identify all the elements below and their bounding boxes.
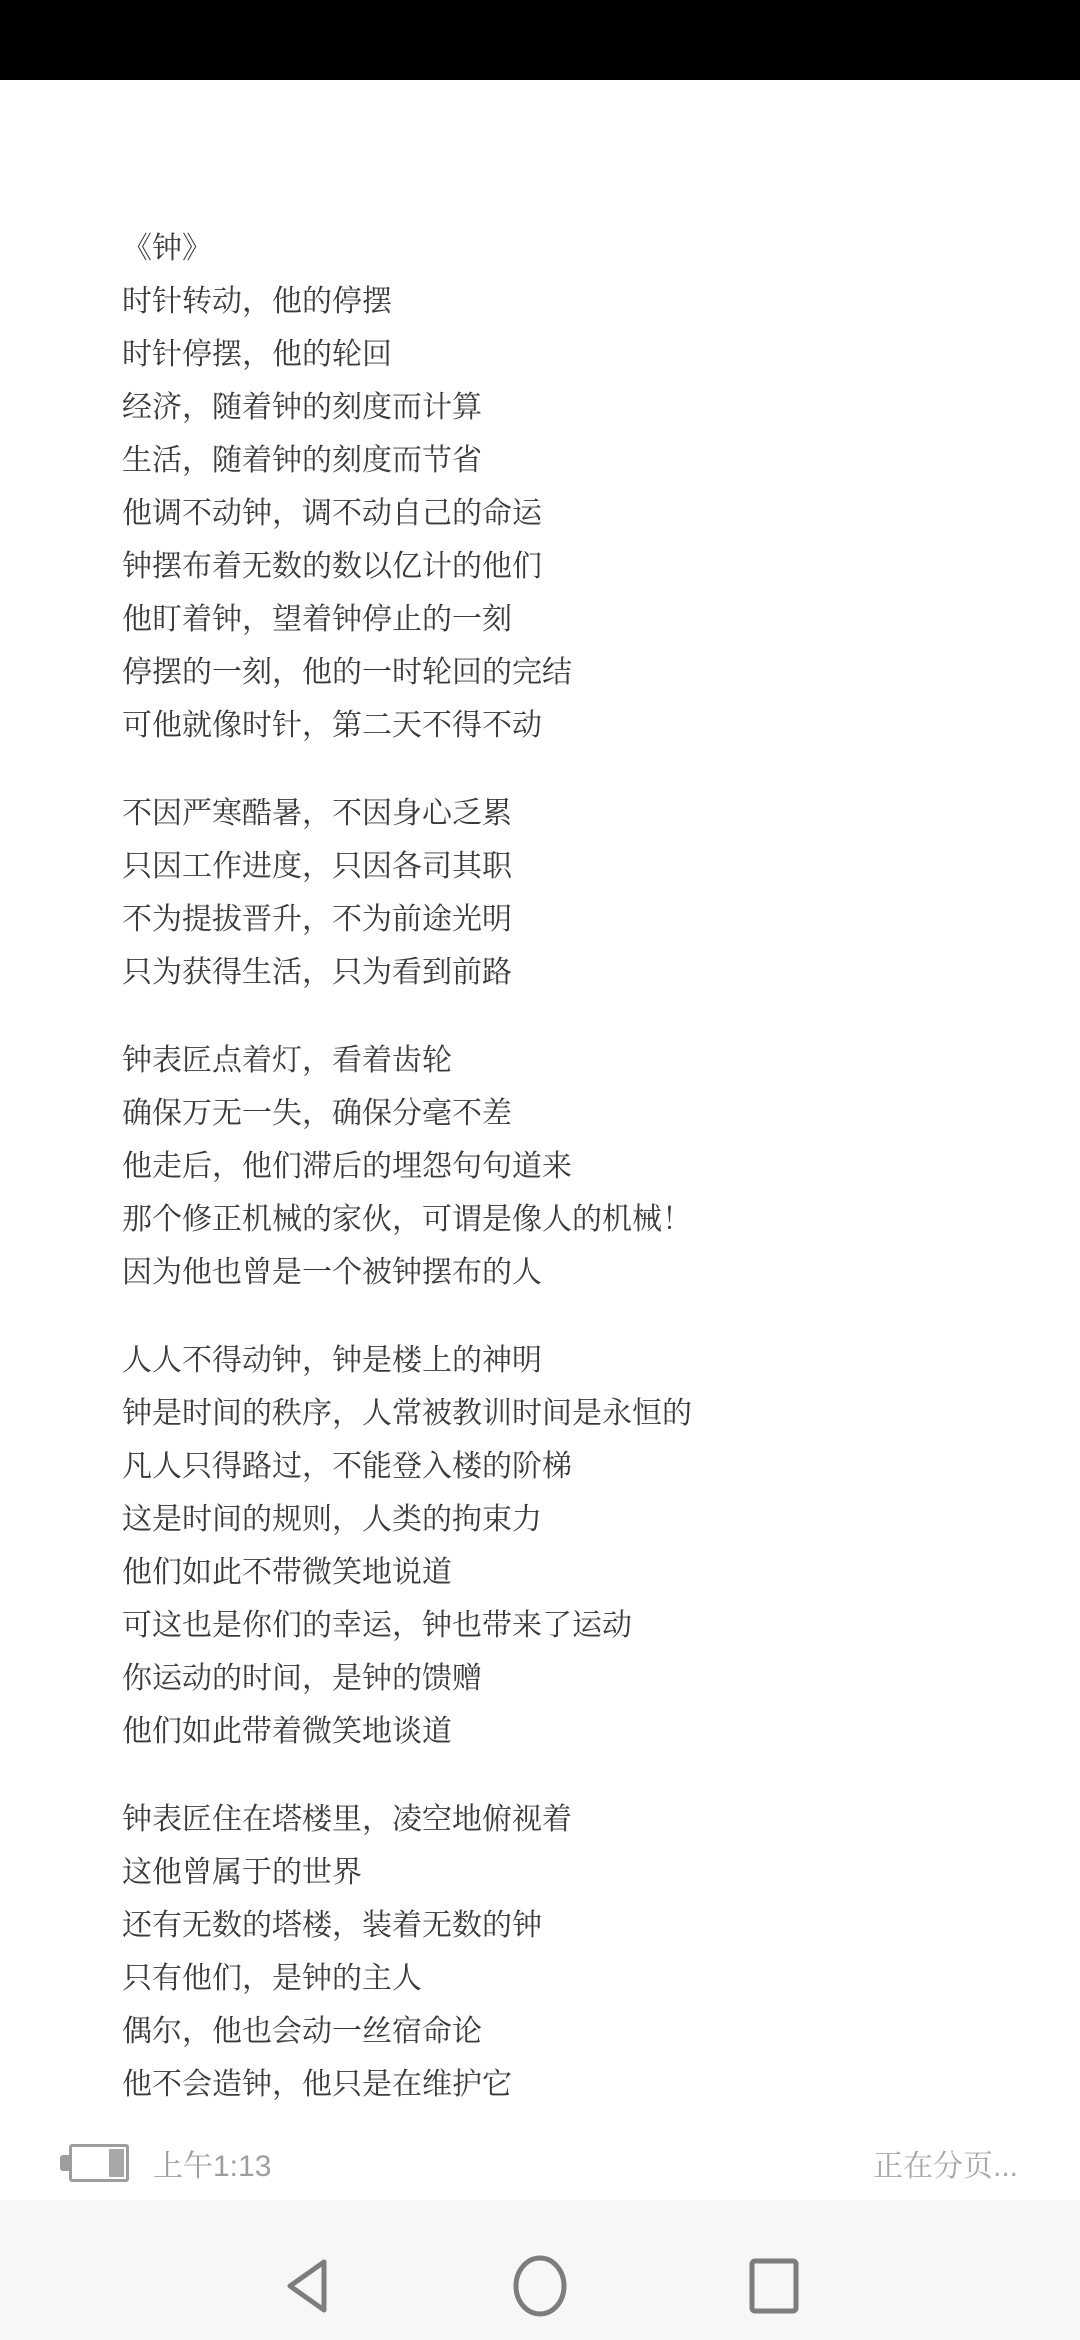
poem-line: 这是时间的规则，人类的拘束力: [122, 1493, 1022, 1546]
poem-line: 还有无数的塔楼，装着无数的钟: [122, 1899, 1022, 1952]
poem-line: 偶尔，他也会动一丝宿命论: [122, 2005, 1022, 2058]
poem-line: 钟是时间的秩序，人常被教训时间是永恒的: [122, 1387, 1022, 1440]
reader-footer: 上午1:13 正在分页...: [0, 2140, 1080, 2186]
poem-line: 时针停摆，他的轮回: [122, 328, 1022, 381]
poem-line: 凡人只得路过，不能登入楼的阶梯: [122, 1440, 1022, 1493]
poem-line: 不因严寒酷暑，不因身心乏累: [122, 787, 1022, 840]
poem-stanza: 不因严寒酷暑，不因身心乏累只因工作进度，只因各司其职不为提拔晋升，不为前途光明只…: [122, 787, 1022, 999]
poem-title: 《钟》: [122, 222, 1022, 275]
poem-line: 这他曾属于的世界: [122, 1846, 1022, 1899]
poem-line: 他调不动钟，调不动自己的命运: [122, 487, 1022, 540]
pagination-status-label: 正在分页...: [873, 2141, 1018, 2185]
poem-line: 时针转动，他的停摆: [122, 275, 1022, 328]
recents-square-icon: [748, 2257, 800, 2318]
poem-line: 钟表匠点着灯，看着齿轮: [122, 1034, 1022, 1087]
battery-icon: [60, 2144, 129, 2182]
poem-line: 他们如此不带微笑地说道: [122, 1546, 1022, 1599]
battery-fill: [109, 2149, 124, 2177]
poem-line: 他盯着钟，望着钟停止的一刻: [122, 593, 1022, 646]
android-nav-bar: [0, 2200, 1080, 2340]
poem-line: 不为提拔晋升，不为前途光明: [122, 893, 1022, 946]
poem-line: 他不会造钟，他只是在维护它: [122, 2058, 1022, 2111]
battery-body: [69, 2144, 129, 2182]
poem-line: 人人不得动钟，钟是楼上的神明: [122, 1334, 1022, 1387]
poem-line: 因为他也曾是一个被钟摆布的人: [122, 1246, 1022, 1299]
poem-stanza: 人人不得动钟，钟是楼上的神明钟是时间的秩序，人常被教训时间是永恒的凡人只得路过，…: [122, 1334, 1022, 1758]
poem-line: 经济，随着钟的刻度而计算: [122, 381, 1022, 434]
poem-line: 他走后，他们滞后的埋怨句句道来: [122, 1140, 1022, 1193]
poem-stanza: 钟表匠住在塔楼里，凌空地俯视着这他曾属于的世界还有无数的塔楼，装着无数的钟只有他…: [122, 1793, 1022, 2111]
poem-line: 只因工作进度，只因各司其职: [122, 840, 1022, 893]
poem-line: 停摆的一刻，他的一时轮回的完结: [122, 646, 1022, 699]
battery-nub: [60, 2155, 69, 2171]
home-button[interactable]: [500, 2252, 580, 2322]
back-button[interactable]: [266, 2252, 346, 2322]
poem-line: 生活，随着钟的刻度而节省: [122, 434, 1022, 487]
poem-line: 确保万无一失，确保分毫不差: [122, 1087, 1022, 1140]
poem-line: 可他就像时针，第二天不得不动: [122, 699, 1022, 752]
poem-line: 你运动的时间，是钟的馈赠: [122, 1652, 1022, 1705]
poem-stanza: 钟表匠点着灯，看着齿轮确保万无一失，确保分毫不差他走后，他们滞后的埋怨句句道来那…: [122, 1034, 1022, 1299]
poem-line: 只为获得生活，只为看到前路: [122, 946, 1022, 999]
poem-stanza: 时针转动，他的停摆时针停摆，他的轮回经济，随着钟的刻度而计算生活，随着钟的刻度而…: [122, 275, 1022, 752]
poem-line: 那个修正机械的家伙，可谓是像人的机械！: [122, 1193, 1022, 1246]
status-bar: [0, 0, 1080, 80]
back-triangle-icon: [282, 2255, 330, 2320]
poem-page: 《钟》 时针转动，他的停摆时针停摆，他的轮回经济，随着钟的刻度而计算生活，随着钟…: [122, 222, 1022, 2111]
clock-time-label: 上午1:13: [153, 2141, 271, 2185]
poem-line: 只有他们，是钟的主人: [122, 1952, 1022, 2005]
recents-button[interactable]: [734, 2252, 814, 2322]
poem-line: 钟摆布着无数的数以亿计的他们: [122, 540, 1022, 593]
poem-line: 可这也是你们的幸运，钟也带来了运动: [122, 1599, 1022, 1652]
poem-stanzas: 时针转动，他的停摆时针停摆，他的轮回经济，随着钟的刻度而计算生活，随着钟的刻度而…: [122, 275, 1022, 2111]
poem-line: 钟表匠住在塔楼里，凌空地俯视着: [122, 1793, 1022, 1846]
poem-line: 他们如此带着微笑地谈道: [122, 1705, 1022, 1758]
home-circle-icon: [512, 2254, 568, 2321]
